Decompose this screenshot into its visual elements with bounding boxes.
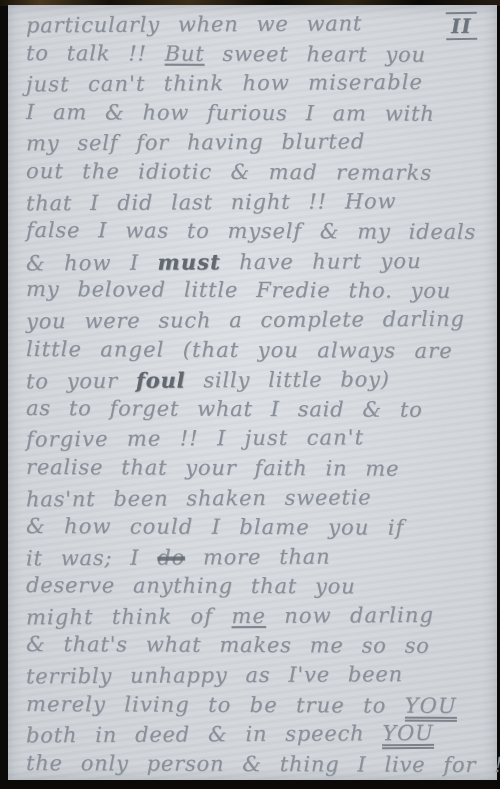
text-segment: have hurt you [221, 249, 422, 274]
handwritten-line: particularly when we want [26, 9, 487, 41]
text-segment: merely living to be true to [26, 692, 405, 718]
handwritten-line: my self for having blurted [26, 127, 487, 159]
text-segment: & that's what makes me so so [26, 632, 430, 658]
handwritten-line: you were such a complete darling [26, 305, 487, 337]
handwritten-line: realise that your faith in me [26, 453, 487, 485]
text-segment: out the idiotic & mad remarks [26, 159, 432, 185]
text-segment: must [157, 249, 221, 274]
text-segment: little angel (that you always are [26, 337, 453, 363]
handwritten-line: merely living to be true to YOU [26, 690, 487, 722]
handwritten-line: might think of me now darling [26, 600, 487, 632]
text-segment: YOU [382, 722, 433, 749]
text-segment: it was; I [26, 545, 157, 570]
handwritten-line: has'nt been shaken sweetie [26, 482, 487, 514]
text-segment: my beloved little Fredie tho. you [26, 277, 451, 303]
text-segment: foul [136, 368, 186, 393]
text-segment: YOU [405, 694, 457, 721]
handwritten-line: false I was to myself & my ideals [26, 216, 487, 248]
text-segment: has'nt been shaken sweetie [26, 485, 372, 511]
handwritten-line: & that's what makes me so so [26, 630, 487, 662]
handwritten-line: deserve anything that you [26, 571, 487, 603]
text-segment: I am & how furious I am with [26, 100, 435, 126]
text-segment: to your [26, 369, 136, 394]
text-segment: you were such a complete darling [26, 307, 465, 334]
handwritten-line: both in deed & in speech YOU [26, 719, 487, 751]
handwritten-line: as to forget what I said & to [26, 394, 487, 426]
text-segment: might think of [26, 604, 232, 629]
text-segment: more than [185, 544, 331, 569]
text-segment: as to forget what I said & to [26, 396, 423, 422]
text-segment: both in deed & in speech [26, 721, 383, 747]
text-segment: But [165, 41, 205, 65]
text-segment: the only person & thing I live for !! [26, 751, 500, 777]
text-segment: that I did last night !! How [26, 189, 396, 215]
handwritten-line: it was; I do more than [26, 541, 487, 573]
text-segment: & how I [26, 250, 158, 275]
handwritten-line: the only person & thing I live for !! [26, 749, 487, 781]
text-segment: to talk !! [26, 41, 165, 66]
text-segment: me [231, 604, 266, 628]
text-segment: particularly when we want [26, 11, 362, 37]
handwritten-line: to talk !! But sweet heart you [26, 39, 487, 71]
text-segment: terribly unhappy as I've been [26, 662, 403, 688]
text-segment: do [157, 545, 185, 569]
text-segment: just can't think how miserable [26, 70, 423, 96]
handwritten-line: & how could I blame you if [26, 512, 487, 544]
handwritten-line: terribly unhappy as I've been [26, 660, 487, 692]
handwritten-line: to your foul silly little boy) [26, 364, 487, 396]
text-segment: deserve anything that you [26, 573, 356, 598]
handwritten-line: little angel (that you always are [26, 335, 487, 367]
handwritten-line: I am & how furious I am with [26, 98, 487, 130]
text-segment: my self for having blurted [26, 130, 365, 156]
text-segment: sweet heart you [204, 41, 425, 66]
handwritten-line: out the idiotic & mad remarks [26, 157, 487, 189]
handwritten-line: forgive me !! I just can't [26, 423, 487, 455]
text-segment: now darling [266, 603, 434, 628]
text-segment: silly little boy) [185, 367, 389, 392]
text-segment: realise that your faith in me [26, 455, 399, 481]
text-segment: forgive me !! I just can't [26, 426, 364, 452]
letter-body: particularly when we wantto talk !! But … [26, 10, 487, 780]
handwritten-line: that I did last night !! How [26, 186, 487, 218]
scan-background: { "scan": { "background_color": "#0b0a08… [0, 0, 500, 789]
handwritten-line: just can't think how miserable [26, 68, 487, 100]
text-segment: false I was to myself & my ideals [26, 218, 476, 244]
text-segment: & how could I blame you if [26, 514, 405, 540]
handwritten-line: my beloved little Fredie tho. you [26, 275, 487, 307]
handwritten-line: & how I must have hurt you [26, 245, 487, 277]
letter-paper: II particularly when we wantto talk !! B… [8, 5, 497, 780]
